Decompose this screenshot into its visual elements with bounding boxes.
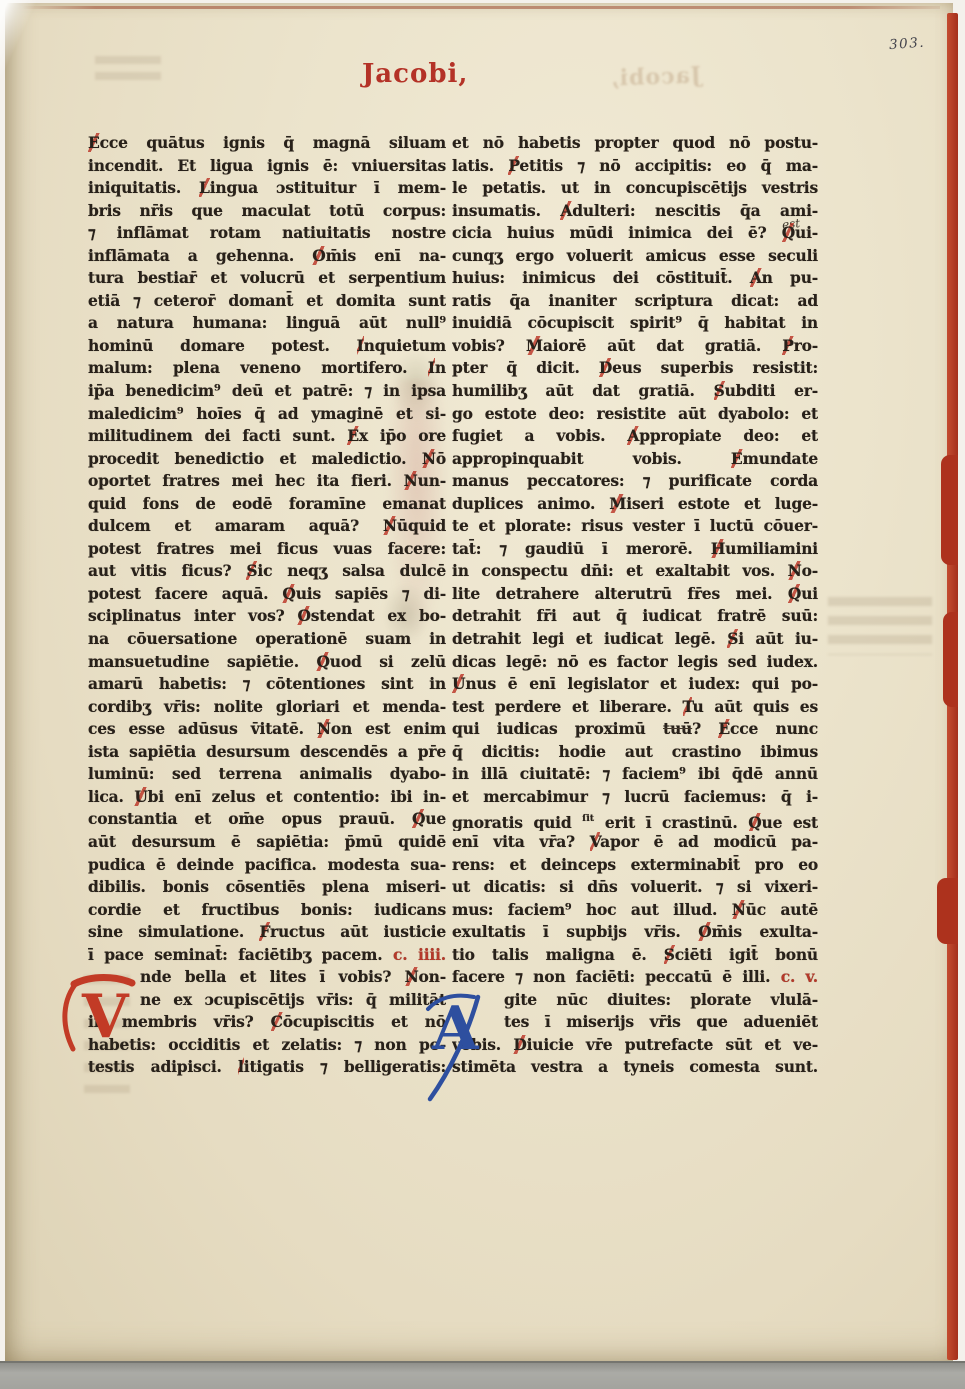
text-line: tio talis maligna ē. Sciēti igit̄ bonū [452, 944, 818, 967]
text-segment: cordibʒ vr̄is: nolite gloriari et menda- [88, 697, 446, 716]
struck-word: tuū [663, 719, 692, 738]
rubricated-capital: D [513, 1035, 526, 1054]
book-edge-red-blob [943, 612, 958, 707]
rubricated-capital: N [422, 449, 436, 468]
text-segment: aut vitis ficus? [88, 561, 246, 580]
text-segment: eus superbis resistit: [612, 358, 818, 377]
text-segment: ip̄a benedicim⁹ deū et patrē: ⁊ in ipsa [88, 381, 446, 400]
top-edge-red-line [22, 6, 940, 9]
text-segment: facere ⁊ non faciēti: peccatū ē illi. [452, 967, 781, 986]
text-line: et nō habetis propter quod nō postu- [452, 132, 818, 155]
rubricated-capital: Q [748, 813, 761, 831]
text-segment: un- [418, 471, 446, 490]
text-segment: m̄is enī na- [326, 246, 446, 265]
text-segment: u aūt quis es [692, 697, 818, 716]
text-line: aūt desursum ē sapiētia: p̄mū quidē [88, 831, 446, 854]
rubricated-capital: V [590, 832, 600, 851]
text-segment: ut dicatis: si dn̄s voluerit. ⁊ si vixer… [452, 877, 818, 896]
text-segment: test perdere et liberare. [452, 697, 683, 716]
rubricated-capital: N [405, 967, 419, 986]
text-segment: cordie et fructibus bonis: iudicans [88, 900, 446, 919]
text-segment: bris nr̄is que maculat totū corpus: [88, 201, 446, 220]
text-line: gite nūc diuites: plorate vlulā- [452, 989, 818, 1012]
text-segment: ciēti igit̄ bonū [675, 945, 818, 964]
text-segment: n pu- [762, 268, 818, 287]
text-segment: ic neqʒ salsa dulcē [257, 561, 446, 580]
text-segment: ro- [794, 336, 818, 355]
text-segment: enī vita vr̄a? [452, 832, 590, 851]
text-segment: procedit benedictio et maledictio. [88, 449, 422, 468]
rubricated-capital: E [718, 719, 730, 738]
text-line: malum: plena veneno mortifero. In [88, 357, 446, 380]
text-segment: o- [802, 561, 818, 580]
text-segment: exultatis ī supbijs vr̄is. [452, 922, 698, 941]
rubricated-capital: F [259, 922, 270, 941]
text-line: dicas legē: nō es factor legis sed iudex… [452, 651, 818, 674]
text-segment: cce nunc [730, 719, 818, 738]
text-line: ip̄a benedicim⁹ deū et patrē: ⁊ in ipsa [88, 380, 446, 403]
text-segment: et nō habetis propter quod nō postu- [452, 133, 818, 152]
text-line: et mercabimur ⁊ lucrū faciemus: q̄ i- [452, 786, 818, 809]
text-segment: ubditi er- [725, 381, 818, 400]
rubricated-capital: O [312, 246, 325, 265]
text-segment: erit ī crastinū. [594, 813, 748, 831]
text-segment: ō [436, 449, 446, 468]
scan-corner-highlight [0, 0, 46, 78]
text-segment: mundate [743, 449, 818, 468]
text-segment: luminū: sed terrena animalis dyabo- [88, 764, 446, 783]
text-segment: huius: inimicus dei cōstituit̄. [452, 268, 750, 287]
rubricated-capital: A [560, 201, 572, 220]
text-line: huius: inimicus dei cōstituit̄. An pu- [452, 267, 818, 290]
text-segment: ui- [795, 223, 818, 242]
text-segment: iseri estote et luge- [626, 494, 818, 513]
text-line: cunqʒ ergo voluerit amicus esse seculi [452, 245, 818, 268]
text-line: ces esse adūsus v̄itatē. Non est enim [88, 718, 446, 741]
text-segment: on- [419, 967, 446, 986]
text-segment: ne ex ɔcupiscētijs vr̄is: q̄ militāt [140, 990, 446, 1009]
text-segment: aiorē aūt dat gratiā. [543, 336, 782, 355]
text-line: manus peccatores: ⁊ purificate corda [452, 470, 818, 493]
text-line: sine simulatione. Fructus aūt iusticie [88, 921, 446, 944]
text-segment: manus peccatores: ⁊ purificate corda [452, 471, 818, 490]
rubricated-capital: N [383, 516, 397, 535]
rubricated-capital: L [199, 178, 210, 197]
text-segment: detrahit fr̄i aut q̄ iudicat fratrē suū: [452, 606, 818, 625]
text-segment: on est enim [331, 719, 446, 738]
text-line: rens: et deinceps exterminabit̄ pro eo [452, 854, 818, 877]
rubricated-capital: C [271, 1012, 283, 1031]
rubricated-capital: S [246, 561, 257, 580]
text-segment: bi enī zelus et contentio: ibi in- [148, 787, 446, 806]
text-segment: ? [692, 719, 718, 738]
text-segment: inuidiā cōcupiscit spirit⁹ q̄ habitat in [452, 313, 818, 332]
text-segment: tura bestiar̄ et volucrū et serpentium [88, 268, 446, 287]
text-segment: oportet fratres mei hec ita fieri. [88, 471, 404, 490]
text-segment: pudica ē deinde pacifica. modesta sua- [88, 855, 446, 874]
text-segment: sciplinatus inter vos? [88, 606, 297, 625]
text-column-right: et nō habetis propter quod nō postu-lati… [452, 132, 818, 1079]
text-segment: potest facere aquā. [88, 584, 282, 603]
text-line: exultatis ī supbijs vr̄is. Om̄is exulta- [452, 921, 818, 944]
text-line: fugiet a vobis. Appropiate deo: et [452, 425, 818, 448]
text-line: tat̄: ⁊ gaudiū ī merorē. Humiliamini [452, 538, 818, 561]
rubricated-capital: E [731, 449, 743, 468]
text-segment: tio talis maligna ē. [452, 945, 664, 964]
text-segment: cce quātus ignis q̄ magnā siluam [100, 133, 446, 152]
text-line: militudinem dei facti sunt. Ex ip̄o ore [88, 425, 446, 448]
text-line: iniquitatis. Lingua ɔstituitur ī mem- [88, 177, 446, 200]
rubricated-capital: D [599, 358, 612, 377]
text-segment: lite detrahere alterutrū fr̄es mei. [452, 584, 788, 603]
text-segment: q̄ dicitis: hodie aut crastino ibimus [452, 742, 818, 761]
text-line: ī pace seminat̄: faciētibʒ pacem. c. iii… [88, 944, 446, 967]
text-line: cordie et fructibus bonis: iudicans [88, 899, 446, 922]
rubricated-capital: P [782, 336, 793, 355]
text-segment: m̄is exulta- [712, 922, 819, 941]
rubricated-capital: Q [782, 223, 795, 242]
text-line: qui iudicas proximū tuū? Ecce nunc [452, 718, 818, 741]
chapter-rubric: c. v. [781, 967, 818, 986]
rubricated-capital: P [508, 156, 519, 175]
text-segment: malum: plena veneno mortifero. [88, 358, 428, 377]
rubricated-capital: Q [316, 652, 329, 671]
text-segment: amarū habetis: ⁊ cōtentiones sint in [88, 674, 446, 693]
rubricated-capital: H [711, 539, 725, 558]
scanner-bed [0, 1361, 965, 1389]
text-segment: nus ē enī legislator et iudex: qui po- [465, 674, 818, 693]
text-line: oportet fratres mei hec ita fieri. Nun- [88, 470, 446, 493]
rubricated-capital: M [609, 494, 626, 513]
drop-cap-letter: A [431, 994, 480, 1064]
text-line: etiā ⁊ ceteror̄ domant̄ et domita sunt [88, 290, 446, 313]
text-segment: dibilis. bonis cōsentiēs plena miseri- [88, 877, 446, 896]
text-line: inflāmata a gehenna. Om̄is enī na- [88, 245, 446, 268]
text-segment: ista sapiētia desursum descendēs a pr̄e [88, 742, 446, 761]
rubricated-capital: Q [282, 584, 295, 603]
text-line: test perdere et liberare. Tu aūt quis es [452, 696, 818, 719]
text-line: mus: faciem⁹ hoc aut illud. Nūc autē [452, 899, 818, 922]
text-line: detrahit legi et iudicat legē. Si aūt iu… [452, 628, 818, 651]
text-segment: ue [425, 809, 446, 828]
text-segment: apor ē ad modicū pa- [600, 832, 818, 851]
text-segment: insumatis. [452, 201, 560, 220]
text-line: le petatis. ut in concupiscētijs vestris [452, 177, 818, 200]
rubricated-capital: E [347, 426, 359, 445]
rubricated-capital: S [727, 629, 738, 648]
text-line: dibilis. bonis cōsentiēs plena miseri- [88, 876, 446, 899]
text-line: a natura humana: linguā aūt null⁹ [88, 312, 446, 335]
show-through-running-title: Jacobi, [610, 62, 702, 91]
text-segment: na cōuersatione operationē suam in [88, 629, 446, 648]
text-segment: uis sapiēs ⁊ di- [296, 584, 446, 603]
text-segment: le petatis. ut in concupiscētijs vestris [452, 178, 818, 197]
chapter-rubric: c. iiii. [393, 945, 446, 964]
text-line: na cōuersatione operationē suam in [88, 628, 446, 651]
rubricated-capital: T [683, 697, 693, 716]
text-line: te et plorate: risus vester ī luctū cōue… [452, 515, 818, 538]
text-line: vobis. Diuicie vr̄e putrefacte sūt et ve… [452, 1034, 818, 1057]
text-line: pter q̄ dicit. Deus superbis resistit: [452, 357, 818, 380]
text-segment: go estote deo: resistite aūt dyabolo: et [452, 404, 818, 423]
text-line: quid fons de eodē foramīne emanat [88, 493, 446, 516]
text-segment: constantia et om̄e opus prauū. [88, 809, 412, 828]
text-line: bris nr̄is que maculat totū corpus: [88, 200, 446, 223]
text-segment: mansuetudine sapiētie. [88, 652, 316, 671]
text-line: go estote deo: resistite aūt dyabolo: et [452, 403, 818, 426]
text-segment: sine simulatione. [88, 922, 259, 941]
text-line: cordibʒ vr̄is: nolite gloriari et menda- [88, 696, 446, 719]
text-segment: ructus aūt iusticie [270, 922, 446, 941]
text-line: enī vita vr̄a? Vapor ē ad modicū pa- [452, 831, 818, 854]
text-line: Ecce quātus ignis q̄ magnā siluam [88, 132, 446, 155]
text-line: vobis? Maiorē aūt dat gratiā. Pro- [452, 335, 818, 358]
rubricated-capital: A [750, 268, 762, 287]
text-segment: ūquid [397, 516, 446, 535]
book-edge-red-blob [941, 455, 958, 565]
text-segment: nde bella et lites ī vobis? [140, 967, 405, 986]
text-segment: humilibʒ aūt dat gratiā. [452, 381, 714, 400]
text-segment: nquietum [364, 336, 446, 355]
text-segment: vobis? [452, 336, 526, 355]
text-line: insumatis. Adulteri: nescitis q̄a ami- [452, 200, 818, 223]
text-segment: dicas legē: nō es factor legis sed iudex… [452, 652, 818, 671]
text-line: in conspectu dn̄i: et exaltabit vos. No- [452, 560, 818, 583]
text-segment: rens: et deinceps exterminabit̄ pro eo [452, 855, 818, 874]
interlinear-correction: ſit [582, 813, 594, 824]
text-segment: iuicie vr̄e putrefacte sūt et ve- [527, 1035, 818, 1054]
text-line: cicia huius mūdi inimica dei ē? Qui- [452, 222, 818, 245]
text-segment: a natura humana: linguā aūt null⁹ [88, 313, 446, 332]
text-segment: ui [801, 584, 818, 603]
rubricated-capital: N [317, 719, 331, 738]
text-segment: dulteri: nescitis q̄a ami- [572, 201, 818, 220]
text-segment: ingua ɔstituitur ī mem- [210, 178, 446, 197]
text-segment: uod si zelū [330, 652, 446, 671]
rubricated-capital: S [664, 945, 675, 964]
text-segment: ūc autē [746, 900, 818, 919]
text-line: tura bestiar̄ et volucrū et serpentium [88, 267, 446, 290]
text-segment: ue est [762, 813, 819, 831]
rubricated-capital: S [714, 381, 725, 400]
text-line: procedit benedictio et maledictio. Nō [88, 448, 446, 471]
text-segment: ces esse adūsus v̄itatē. [88, 719, 317, 738]
text-segment: detrahit legi et iudicat legē. [452, 629, 727, 648]
text-segment: stimēta vestra a tyneis comesta sunt. [452, 1057, 818, 1076]
text-segment: etitis ⁊ nō accipitis: eo q̄ ma- [519, 156, 818, 175]
text-segment: ⁊ inflāmat rotam natiuitatis nostre [88, 223, 446, 242]
text-segment: ppropiate deo: et [639, 426, 818, 445]
text-line: humilibʒ aūt dat gratiā. Subditi er- [452, 380, 818, 403]
text-segment: te et plorate: risus vester ī luctū cōue… [452, 516, 818, 535]
text-segment: et mercabimur ⁊ lucrū faciemus: q̄ i- [452, 787, 818, 806]
text-segment: itigatis ⁊ belligeratis: [244, 1057, 446, 1076]
running-title: Jacobi, [362, 59, 468, 89]
text-segment: duplices animo. [452, 494, 609, 513]
text-segment: dulcem et amaram aquā? [88, 516, 383, 535]
text-segment: in conspectu dn̄i: et exaltabit vos. [452, 561, 788, 580]
text-line: tes ī miserijs vr̄is que adueniēt [452, 1011, 818, 1034]
text-line: testis adipisci. litigatis ⁊ belligerati… [88, 1056, 446, 1079]
text-line: inuidiā cōcupiscit spirit⁹ q̄ habitat in [452, 312, 818, 335]
text-segment: ī pace seminat̄: faciētibʒ pacem. [88, 945, 393, 964]
text-segment: quid fons de eodē foramīne emanat [88, 494, 446, 513]
text-segment: etiā ⁊ ceteror̄ domant̄ et domita sunt [88, 291, 446, 310]
rubricated-capital: U [134, 787, 147, 806]
text-segment: tat̄: ⁊ gaudiū ī merorē. [452, 539, 711, 558]
text-line: latis. Petitis ⁊ nō accipitis: eo q̄ ma- [452, 155, 818, 178]
text-segment: appropinquabit vobis. [452, 449, 731, 468]
text-segment: gite nūc diuites: plorate vlulā- [504, 990, 818, 1009]
text-line: amarū habetis: ⁊ cōtentiones sint in [88, 673, 446, 696]
text-segment: militudinem dei facti sunt. [88, 426, 347, 445]
rubricated-capital: O [698, 922, 711, 941]
text-line: potest facere aquā. Quis sapiēs ⁊ di- [88, 583, 446, 606]
book-edge-red-blob [937, 878, 958, 944]
text-segment: latis. [452, 156, 508, 175]
text-segment: fugiet a vobis. [452, 426, 627, 445]
text-segment: testis adipisci. [88, 1057, 238, 1076]
text-line: pudica ē deinde pacifica. modesta sua- [88, 854, 446, 877]
text-line: ista sapiētia desursum descendēs a pr̄e [88, 741, 446, 764]
rubricated-capital: N [788, 561, 802, 580]
text-segment: iniquitatis. [88, 178, 199, 197]
text-line: gnoratis quid ſit erit ī crastinū. Que e… [452, 808, 818, 831]
rubricated-capital: E [88, 133, 100, 152]
rubricated-capital: A [627, 426, 639, 445]
text-segment: hominū domare potest. [88, 336, 357, 355]
text-segment: i aūt iu- [738, 629, 818, 648]
text-segment: aūt desursum ē sapiētia: p̄mū quidē [88, 832, 446, 851]
text-line: sciplinatus inter vos? Ostendat ex bo- [88, 605, 446, 628]
text-segment: maledicim⁹ hoīes q̄ ad ymaginē et si- [88, 404, 446, 423]
text-line: incendit. Et ligua ignis ē: vniuersitas [88, 155, 446, 178]
text-segment: lica. [88, 787, 134, 806]
initial-flourish [65, 981, 78, 1049]
text-line: ratis q̄a inaniter scriptura dicat: ad [452, 290, 818, 313]
text-line: duplices animo. Miseri estote et luge- [452, 493, 818, 516]
text-segment: incendit. Et ligua ignis ē: vniuersitas [88, 156, 446, 175]
text-line: constantia et om̄e opus prauū. Que [88, 808, 446, 831]
text-segment: tes ī miserijs vr̄is que adueniēt [504, 1012, 818, 1031]
text-segment: n [435, 358, 446, 377]
text-line: in illā ciuitatē: ⁊ faciem⁹ ibi q̄dē ann… [452, 763, 818, 786]
text-line: dulcem et amaram aquā? Nūquid [88, 515, 446, 538]
text-line: appropinquabit vobis. Emundate [452, 448, 818, 471]
text-segment: potest fratres mei ficus vuas facere: [88, 539, 446, 558]
rubricated-capital: O [297, 606, 310, 625]
text-line: mansuetudine sapiētie. Quod si zelū [88, 651, 446, 674]
text-segment: cunqʒ ergo voluerit amicus esse seculi [452, 246, 818, 265]
text-line: q̄ dicitis: hodie aut crastino ibimus [452, 741, 818, 764]
rubricated-capital: N [404, 471, 418, 490]
text-segment: stendat ex bo- [311, 606, 446, 625]
text-line: stimēta vestra a tyneis comesta sunt. [452, 1056, 818, 1079]
illuminated-initial-blue: A [420, 991, 494, 1107]
text-line: lica. Ubi enī zelus et contentio: ibi in… [88, 786, 446, 809]
text-segment: umiliamini [725, 539, 818, 558]
text-segment: ratis q̄a inaniter scriptura dicat: ad [452, 291, 818, 310]
rubricated-capital: I [357, 336, 364, 355]
text-segment: qui iudicas proximū [452, 719, 663, 738]
illuminated-initial-red: V [56, 971, 146, 1057]
text-segment: x ip̄o ore [359, 426, 446, 445]
text-segment: in illā ciuitatē: ⁊ faciem⁹ ibi q̄dē ann… [452, 764, 818, 783]
text-line: maledicim⁹ hoīes q̄ ad ymaginē et si- [88, 403, 446, 426]
text-line: lite detrahere alterutrū fr̄es mei. Qui [452, 583, 818, 606]
text-line: ⁊ inflāmat rotam natiuitatis nostre [88, 222, 446, 245]
rubricated-capital: Q [412, 809, 425, 828]
text-line: facere ⁊ non faciēti: peccatū ē illi. c.… [452, 966, 818, 989]
text-line: potest fratres mei ficus vuas facere: [88, 538, 446, 561]
text-segment: pter q̄ dicit. [452, 358, 599, 377]
text-line: Unus ē enī legislator et iudex: qui po- [452, 673, 818, 696]
rubricated-capital: Q [788, 584, 801, 603]
text-line: detrahit fr̄i aut q̄ iudicat fratrē suū: [452, 605, 818, 628]
text-segment: inflāmata a gehenna. [88, 246, 312, 265]
text-segment: gnoratis quid [452, 813, 582, 831]
text-segment: mus: faciem⁹ hoc aut illud. [452, 900, 732, 919]
rubricated-capital: I [428, 358, 435, 377]
text-line: ut dicatis: si dn̄s voluerit. ⁊ si vixer… [452, 876, 818, 899]
rubricated-capital: U [452, 674, 465, 693]
text-line: hominū domare potest. Inquietum [88, 335, 446, 358]
rubricated-capital: M [526, 336, 543, 355]
drop-cap-letter: V [81, 982, 130, 1052]
rubricated-capital: N [732, 900, 746, 919]
text-column-left: Ecce quātus ignis q̄ magnā siluamincendi… [88, 132, 446, 1079]
text-line: luminū: sed terrena animalis dyabo- [88, 763, 446, 786]
text-line: aut vitis ficus? Sic neqʒ salsa dulcē [88, 560, 446, 583]
text-segment: cicia huius mūdi inimica dei ē? [452, 223, 782, 242]
